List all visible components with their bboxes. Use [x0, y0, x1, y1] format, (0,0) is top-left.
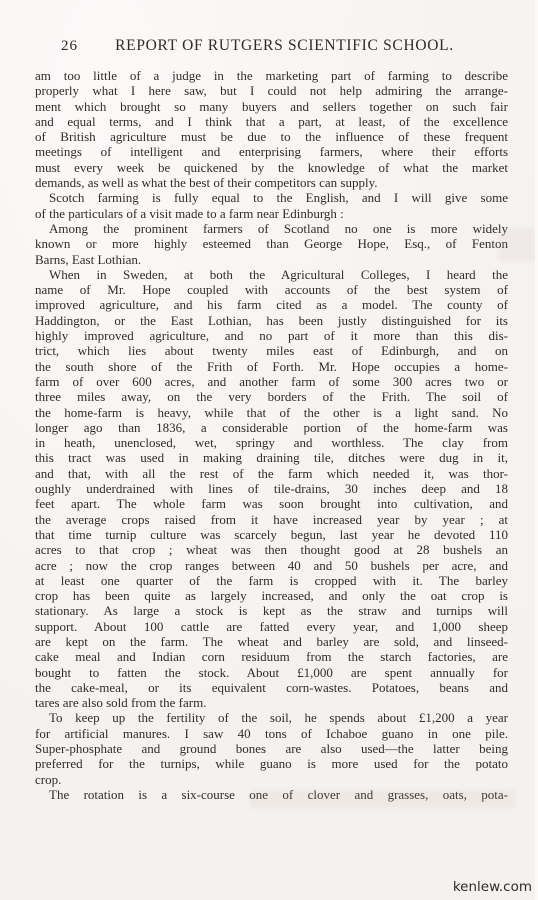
text-line: farm of over 600 acres, and another farm…	[35, 374, 508, 389]
text-line: demands, as well as what the best of the…	[35, 175, 508, 190]
paragraph: am too little of a judge in the marketin…	[35, 68, 508, 190]
text-line: Haddington, or the East Lothian, has bee…	[35, 313, 508, 328]
watermark: kenlew.com	[453, 879, 532, 895]
text-line: the south shore of the Frith of Forth. M…	[35, 359, 508, 374]
text-line: oughly underdrained with lines of tile-d…	[35, 481, 508, 496]
text-line: that time turnip culture was scarcely be…	[35, 527, 508, 542]
text-line: crop has been quite as largely increased…	[35, 588, 508, 603]
text-line: Barns, East Lothian.	[35, 252, 508, 267]
paragraph: To keep up the fertility of the soil, he…	[35, 710, 508, 786]
text-line: Super-phosphate and ground bones are als…	[35, 741, 508, 756]
text-line: feet apart. The whole farm was soon brou…	[35, 496, 508, 511]
text-line: are kept on the farm. The wheat and barl…	[35, 634, 508, 649]
text-line: preferred for the turnips, while guano i…	[35, 756, 508, 771]
text-line: improved agriculture, and his farm cited…	[35, 297, 508, 312]
text-line: must every week be quickened by the know…	[35, 160, 508, 175]
text-line: support. About 100 cattle are fatted eve…	[35, 619, 508, 634]
text-line: acres to that crop ; wheat was then thou…	[35, 542, 508, 557]
text-line: To keep up the fertility of the soil, he…	[35, 710, 508, 725]
text-line: am too little of a judge in the marketin…	[35, 68, 508, 83]
text-line: of the particulars of a visit made to a …	[35, 206, 508, 221]
text-line: longer ago than 1836, a considerable por…	[35, 420, 508, 435]
scanned-page: 26 REPORT OF RUTGERS SCIENTIFIC SCHOOL. …	[0, 0, 538, 900]
paragraph: Among the prominent farmers of Scotland …	[35, 221, 508, 267]
text-line: crop.	[35, 772, 508, 787]
text-line: known or more highly esteemed than Georg…	[35, 236, 508, 251]
text-line: cake meal and Indian corn residuum from …	[35, 649, 508, 664]
text-line: acre ; now the crop ranges between 40 an…	[35, 558, 508, 573]
text-line: the average crops raised from it have in…	[35, 512, 508, 527]
text-line: When in Sweden, at both the Agricultural…	[35, 267, 508, 282]
text-line: the home-farm is heavy, while that of th…	[35, 405, 508, 420]
text-line: name of Mr. Hope coupled with accounts o…	[35, 282, 508, 297]
text-line: stationary. As large a stock is kept as …	[35, 603, 508, 618]
text-line: at least one quarter of the farm is crop…	[35, 573, 508, 588]
text-line: of British agriculture must be due to th…	[35, 129, 508, 144]
text-line: Scotch farming is fully equal to the Eng…	[35, 190, 508, 205]
text-line: trict, which lies about twenty miles eas…	[35, 343, 508, 358]
text-body: am too little of a judge in the marketin…	[35, 68, 508, 802]
text-line: tares are also sold from the farm.	[35, 695, 508, 710]
paragraph: The rotation is a six-course one of clov…	[35, 787, 508, 802]
text-line: properly what I here saw, but I could no…	[35, 83, 508, 98]
text-line: and equal terms, and I think that a part…	[35, 114, 508, 129]
text-line: three miles away, on the very borders of…	[35, 389, 508, 404]
text-line: The rotation is a six-course one of clov…	[35, 787, 508, 802]
text-line: in heath, unenclosed, wet, springy and w…	[35, 435, 508, 450]
text-line: and that, with all the rest of the farm …	[35, 466, 508, 481]
text-line: for artificial manures. I saw 40 tons of…	[35, 726, 508, 741]
text-line: bought to fatten the stock. About £1,000…	[35, 665, 508, 680]
page-number: 26	[61, 38, 78, 55]
paragraph: Scotch farming is fully equal to the Eng…	[35, 190, 508, 221]
text-line: highly improved agriculture, and no part…	[35, 328, 508, 343]
page-header: 26 REPORT OF RUTGERS SCIENTIFIC SCHOOL.	[35, 37, 508, 57]
text-line: ment which brought so many buyers and se…	[35, 99, 508, 114]
text-line: the cake-meal, or its equivalent corn-wa…	[35, 680, 508, 695]
text-line: Among the prominent farmers of Scotland …	[35, 221, 508, 236]
page-title: REPORT OF RUTGERS SCIENTIFIC SCHOOL.	[35, 37, 508, 55]
text-line: this tract was used in making draining t…	[35, 450, 508, 465]
paragraph: When in Sweden, at both the Agricultural…	[35, 267, 508, 711]
text-line: meetings of intelligent and enterprising…	[35, 144, 508, 159]
